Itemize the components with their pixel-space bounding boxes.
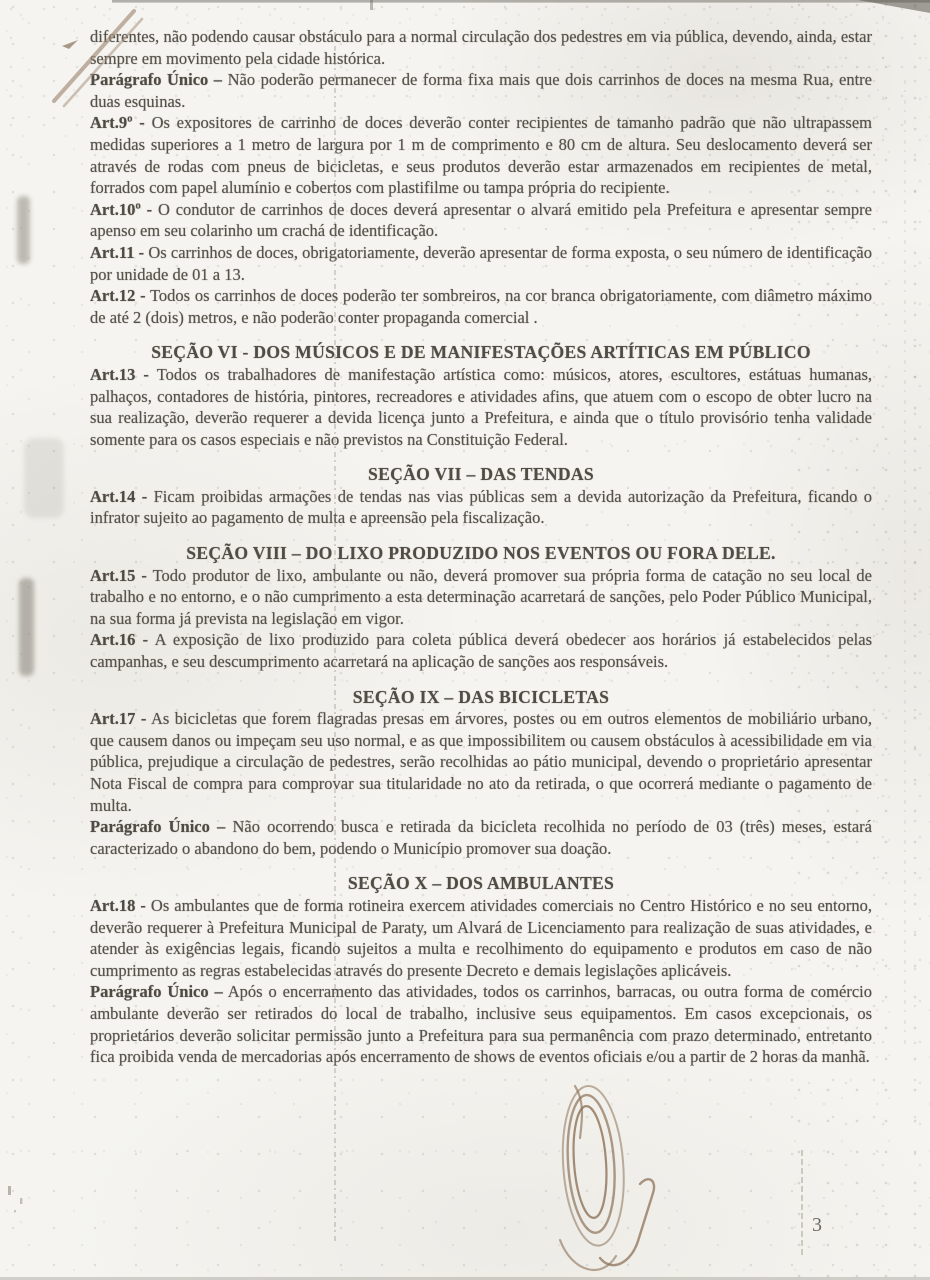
scribble-bottom-sweep <box>560 1240 616 1270</box>
paragraph: Art.11 - Os carrinhos de doces, obrigato… <box>90 242 872 285</box>
article-label: Art.9º - <box>90 113 145 132</box>
smudge-left-faint <box>24 438 64 518</box>
paragraph: Art.16 - A exposição de lixo produzido p… <box>90 629 872 672</box>
article-label: Art.13 - <box>90 365 149 384</box>
article-label: Parágrafo Único – <box>90 982 223 1001</box>
paragraph: Art.9º - Os expositores de carrinho de d… <box>90 112 872 198</box>
article-label: Art.16 - <box>90 630 148 649</box>
article-label: Art.15 - <box>90 566 147 585</box>
scanned-page: diferentes, não podendo causar obstáculo… <box>0 0 930 1280</box>
section-heading: SEÇÃO IX – DAS BICICLETAS <box>90 687 872 709</box>
paragraph: Art.12 - Todos os carrinhos de doces pod… <box>90 285 872 328</box>
paragraph: Art.10º - O condutor de carrinhos de doc… <box>90 199 872 242</box>
article-label: Art.12 - <box>90 286 146 305</box>
smudge-left-lower <box>19 578 34 676</box>
paragraph: diferentes, não podendo causar obstáculo… <box>90 26 872 69</box>
article-label: Art.14 - <box>90 487 147 506</box>
scribble-upper-stroke <box>575 1086 582 1138</box>
article-label: Parágrafo Único – <box>90 70 222 89</box>
paragraph: Art.13 - Todos os trabalhadores de manif… <box>90 364 872 450</box>
paragraph: Art.15 - Todo produtor de lixo, ambulant… <box>90 565 872 630</box>
article-label: Art.17 - <box>90 709 146 728</box>
section-heading: SEÇÃO VI - DOS MÚSICOS E DE MANIFESTAÇÕE… <box>90 342 872 364</box>
scribble-tail-hook <box>600 1179 654 1265</box>
pen-scribble-circle <box>558 1084 654 1270</box>
paragraph: Parágrafo Único – Não poderão permanecer… <box>90 69 872 112</box>
paragraph: Art.18 - Os ambulantes que de forma roti… <box>90 895 872 981</box>
paragraph: Parágrafo Único – Após o encerramento da… <box>90 981 872 1067</box>
article-label: Parágrafo Único – <box>90 817 225 836</box>
article-label: Art.10º - <box>90 200 152 219</box>
article-label: Art.18 - <box>90 896 146 915</box>
document-body: diferentes, não podendo causar obstáculo… <box>90 26 872 1068</box>
arrowhead-mark <box>62 40 78 49</box>
paragraph: Art.14 - Ficam proibidas armações de ten… <box>90 486 872 529</box>
page-number: 3 <box>812 1214 822 1237</box>
paragraph: Art.17 - As bicicletas que forem flagrad… <box>90 708 872 816</box>
section-heading: SEÇÃO X – DOS AMBULANTES <box>90 873 872 895</box>
section-heading: SEÇÃO VIII – DO LIXO PRODUZIDO NOS EVENT… <box>90 543 872 565</box>
article-label: Art.11 - <box>90 243 144 262</box>
smudge-left-upper <box>17 196 30 264</box>
section-heading: SEÇÃO VII – DAS TENDAS <box>90 464 872 486</box>
paragraph: Parágrafo Único – Não ocorrendo busca e … <box>90 816 872 859</box>
pen-specks-bottom-left <box>8 1186 22 1212</box>
